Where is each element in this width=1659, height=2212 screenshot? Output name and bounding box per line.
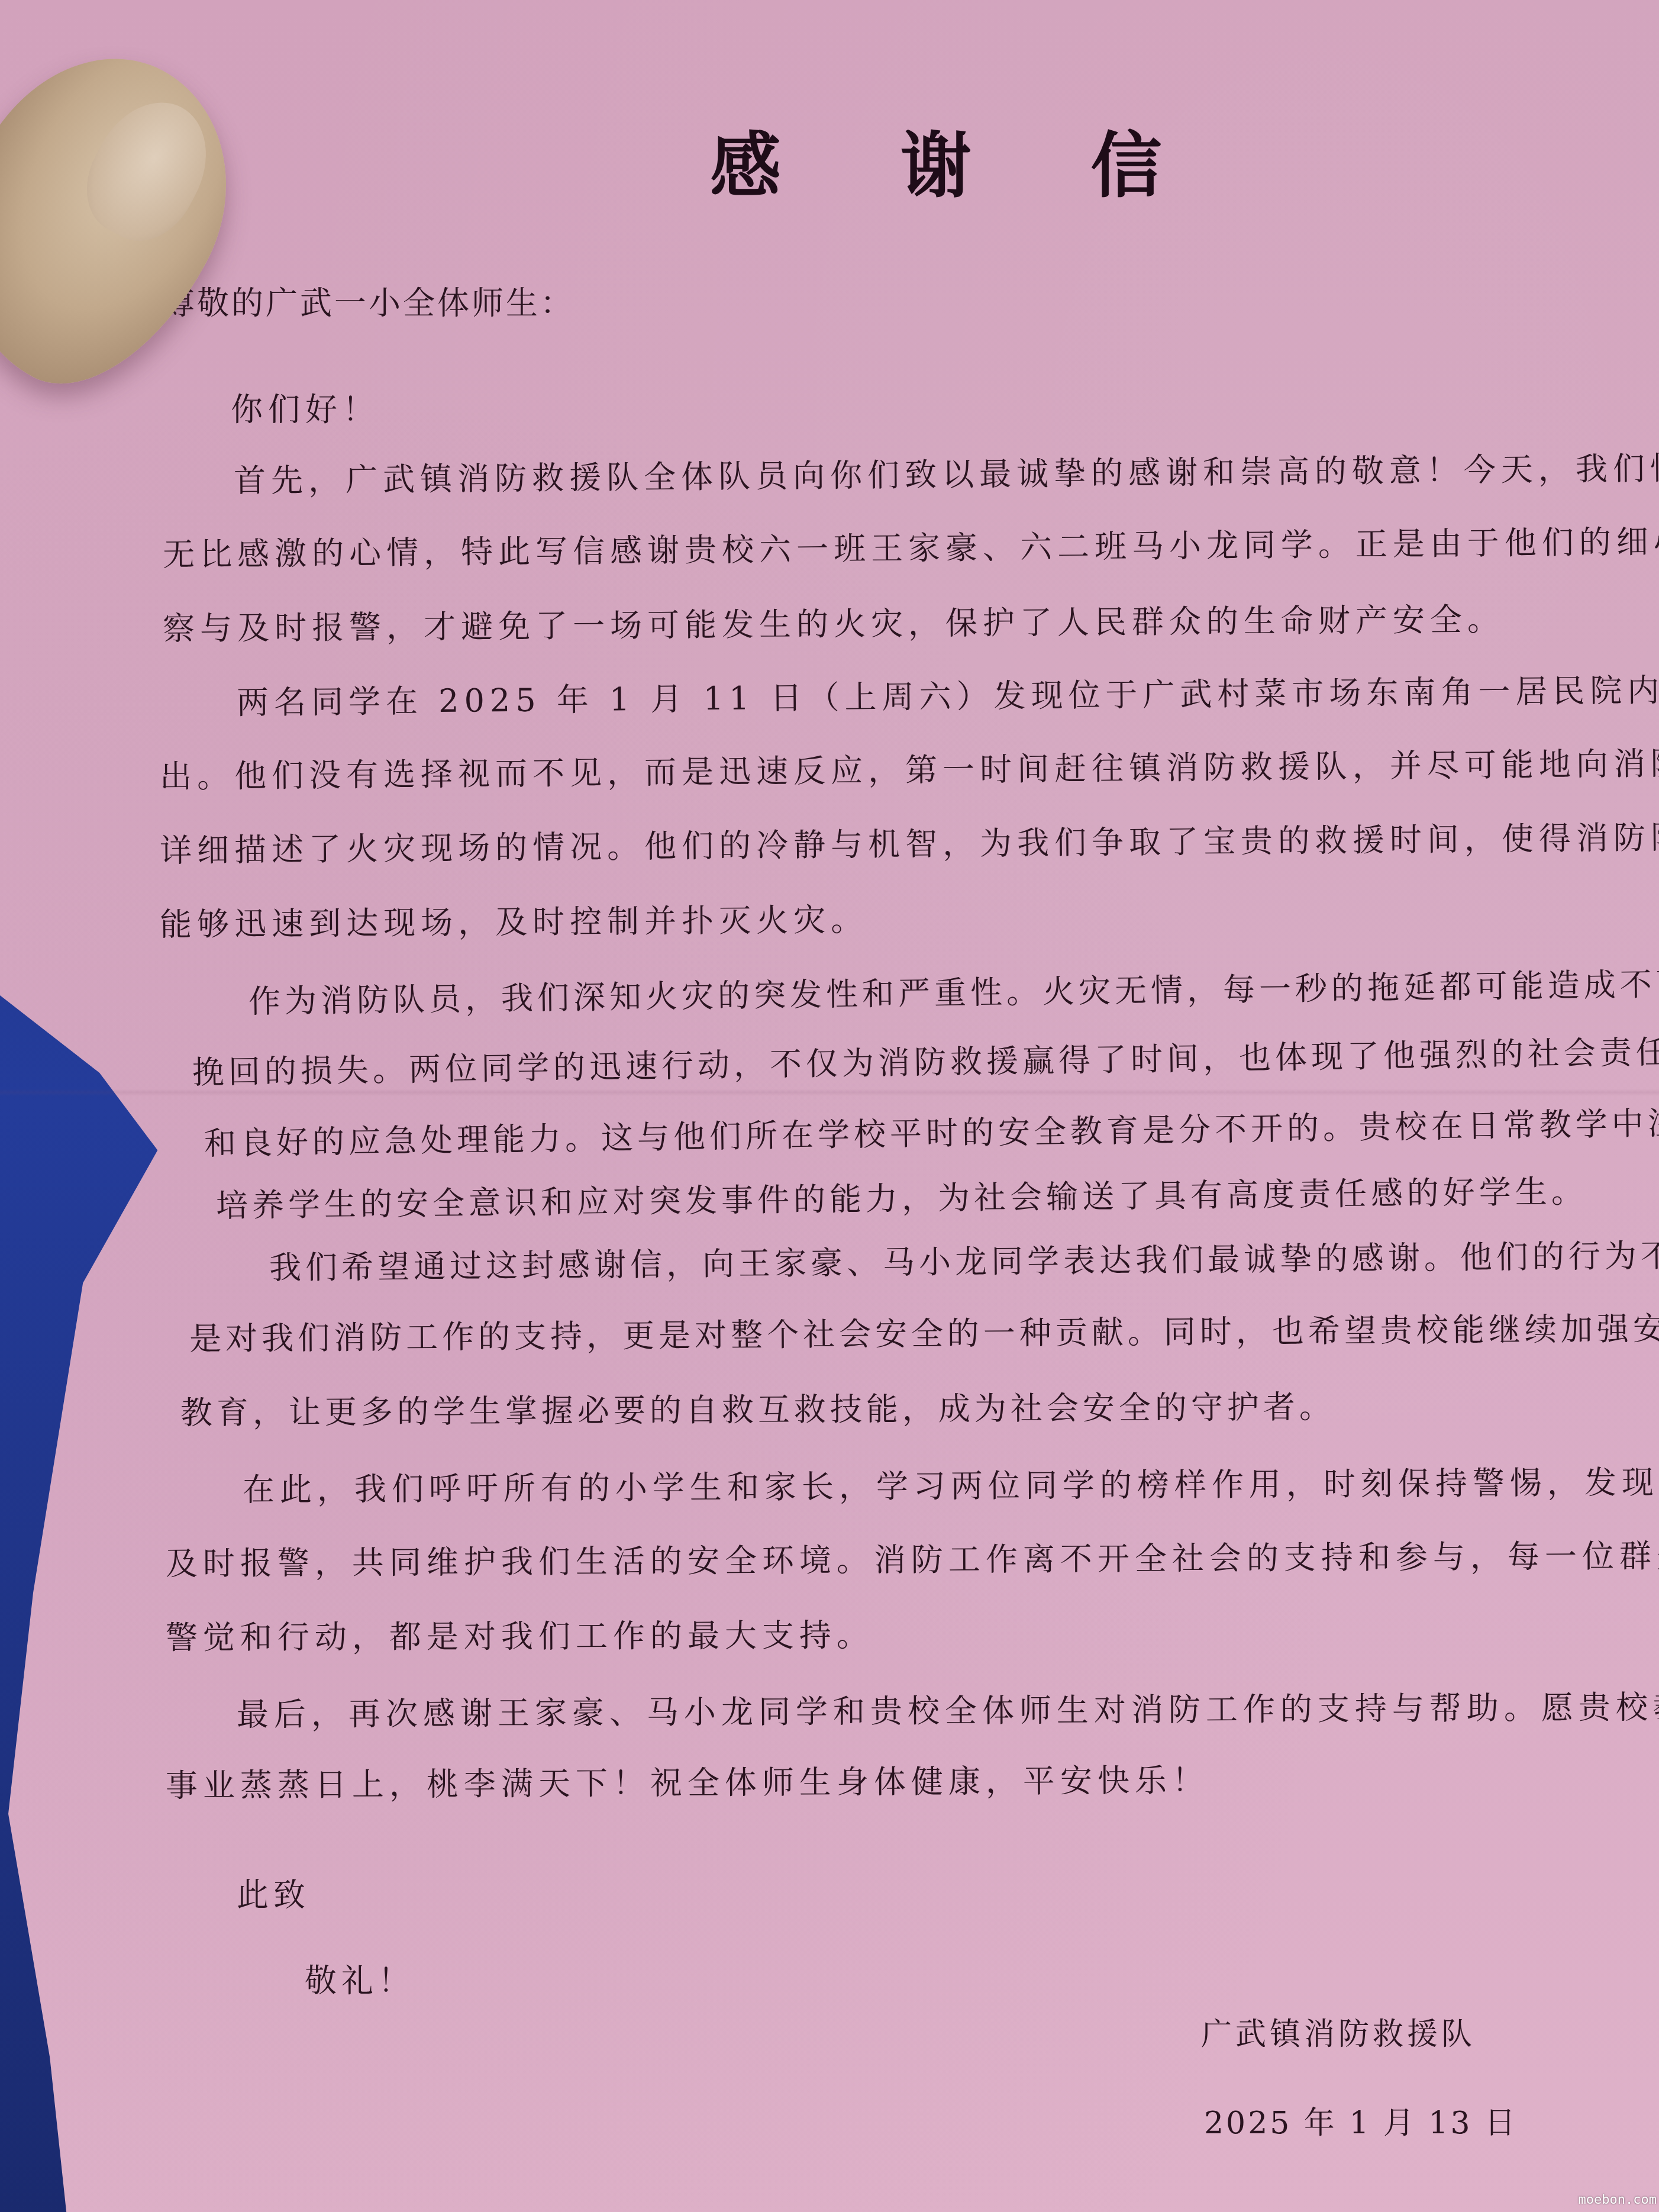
greeting: 你们好！ bbox=[231, 385, 380, 430]
watermark: moebon.com bbox=[1579, 2192, 1657, 2207]
paragraph-line: 我们希望通过这封感谢信，向王家豪、马小龙同学表达我们最诚挚的感谢。他们的行为不仅 bbox=[269, 1230, 1659, 1288]
paragraph-line: 教育，让更多的学生掌握必要的自救互救技能，成为社会安全的守护者。 bbox=[180, 1382, 1335, 1433]
paragraph-line: 察与及时报警，才避免了一场可能发生的火灾，保护了人民群众的生命财产安全。 bbox=[163, 594, 1505, 649]
paragraph-line: 及时报警，共同维护我们生活的安全环境。消防工作离不开全社会的支持和参与，每一位群… bbox=[166, 1530, 1659, 1584]
paragraph-line: 能够迅速到达现场，及时控制并扑灭火灾。 bbox=[160, 895, 869, 945]
paragraph-line: 和良好的应急处理能力。这与他们所在学校平时的安全教育是分不开的。贵校在日常教学中… bbox=[204, 1097, 1659, 1164]
closing-salute: 敬礼！ bbox=[305, 1956, 415, 2001]
paragraph-line: 培养学生的安全意识和应对突发事件的能力，为社会输送了具有高度责任感的好学生。 bbox=[216, 1166, 1588, 1226]
closing-phrase: 此致 bbox=[237, 1870, 310, 1916]
paragraph-line: 出。他们没有选择视而不见，而是迅速反应，第一时间赶往镇消防救援队，并尽可能地向消… bbox=[160, 738, 1659, 797]
thank-you-letter: 感 谢 信 尊敬的广武一小全体师生： 你们好！ 首先，广武镇消防救援队全体队员向… bbox=[0, 0, 1659, 2212]
signature: 广武镇消防救援队 bbox=[1201, 2009, 1476, 2053]
paragraph-line: 事业蒸蒸日上，桃李满天下！祝全体师生身体健康，平安快乐！ bbox=[166, 1755, 1209, 1806]
thumbnail bbox=[68, 82, 229, 257]
paragraph-line: 在此，我们呼吁所有的小学生和家长，学习两位同学的榜样作用，时刻保持警惕，发现火情 bbox=[243, 1457, 1659, 1510]
salutation: 尊敬的广武一小全体师生： bbox=[163, 278, 574, 324]
paragraph-line: 作为消防队员，我们深知火灾的突发性和严重性。火灾无情，每一秒的拖延都可能造成不可 bbox=[248, 959, 1659, 1022]
letter-date: 2025 年 1 月 13 日 bbox=[1204, 2098, 1518, 2142]
paragraph-line: 两名同学在 2025 年 1 月 11 日（上周六）发现位于广武村菜市场东南角一… bbox=[237, 664, 1659, 723]
paragraph-line: 是对我们消防工作的支持，更是对整个社会安全的一种贡献。同时，也希望贵校能继续加强… bbox=[189, 1303, 1659, 1359]
paragraph-line: 挽回的损失。两位同学的迅速行动，不仅为消防救援赢得了时间，也体现了他强烈的社会责… bbox=[192, 1026, 1659, 1093]
paragraph-line: 首先，广武镇消防救援队全体队员向你们致以最诚挚的感谢和崇高的敬意！今天，我们怀着 bbox=[234, 443, 1659, 501]
letter-title: 感 谢 信 bbox=[710, 109, 1209, 211]
paragraph-line: 警觉和行动，都是对我们工作的最大支持。 bbox=[166, 1610, 874, 1658]
paragraph-line: 详细描述了火灾现场的情况。他们的冷静与机智，为我们争取了宝贵的救援时间，使得消防… bbox=[160, 812, 1659, 871]
paragraph-line: 无比感激的心情，特此写信感谢贵校六一班王家豪、六二班马小龙同学。正是由于他们的细… bbox=[163, 516, 1659, 575]
paragraph-line: 最后，再次感谢王家豪、马小龙同学和贵校全体师生对消防工作的支持与帮助。愿贵校教育 bbox=[237, 1682, 1659, 1735]
